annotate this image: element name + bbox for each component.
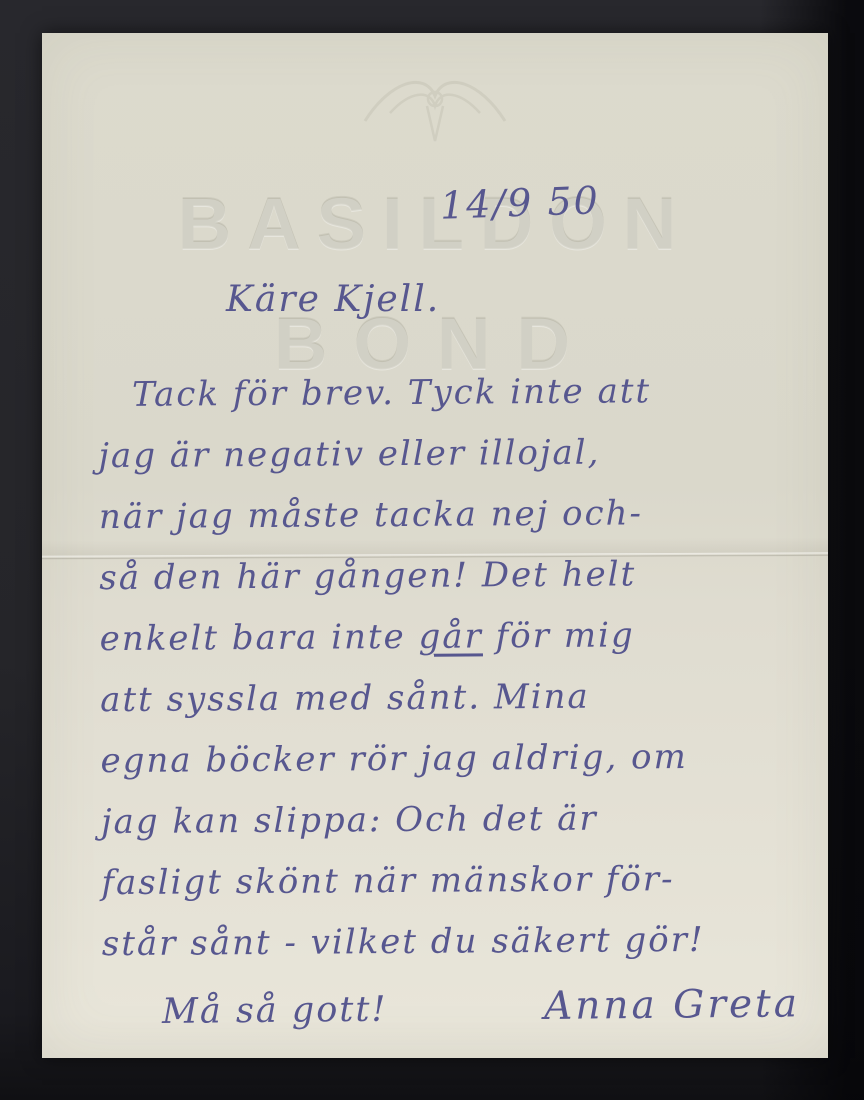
handwriting-line: när jag måste tacka nej och- — [99, 493, 702, 558]
handwriting-line: jag är negativ eller illojal, — [98, 432, 701, 497]
letter-closing: Må så gott! — [100, 990, 388, 1033]
underlined-word: går — [418, 616, 483, 656]
photo-background: BASILDON BOND 14/9 50 Käre Kjell. Tack f… — [0, 0, 864, 1100]
handwriting-line: jag kan slippa: Och det är — [101, 798, 704, 863]
letter-salutation: Käre Kjell. — [226, 279, 440, 320]
handwriting-line: egna böcker rör jag aldrig, om — [100, 737, 703, 802]
handwriting-line: Tack för brev. Tyck inte att — [98, 371, 701, 436]
handwriting-line: står sånt - vilket du säkert gör! — [102, 920, 705, 985]
closing-row: Må så gott! Anna Greta — [100, 981, 800, 1033]
line-text-after: för mig — [483, 615, 635, 656]
watermark-brand-text: BASILDON — [42, 181, 828, 266]
letter-paper: BASILDON BOND 14/9 50 Käre Kjell. Tack f… — [42, 33, 828, 1058]
handwriting-line: så den här gången! Det helt — [99, 554, 702, 619]
letter-body: Tack för brev. Tyck inte att jag är nega… — [98, 371, 705, 985]
watermark-crest-icon — [335, 51, 535, 161]
handwriting-line: enkelt bara inte går för mig — [100, 615, 703, 680]
letter-date: 14/9 50 — [439, 178, 600, 228]
letter-signature: Anna Greta — [544, 981, 800, 1029]
handwriting-line: att syssla med sånt. Mina — [100, 676, 703, 741]
handwriting-line: fasligt skönt när mänskor för- — [101, 859, 704, 924]
line-text-before: enkelt bara inte — [100, 617, 419, 659]
